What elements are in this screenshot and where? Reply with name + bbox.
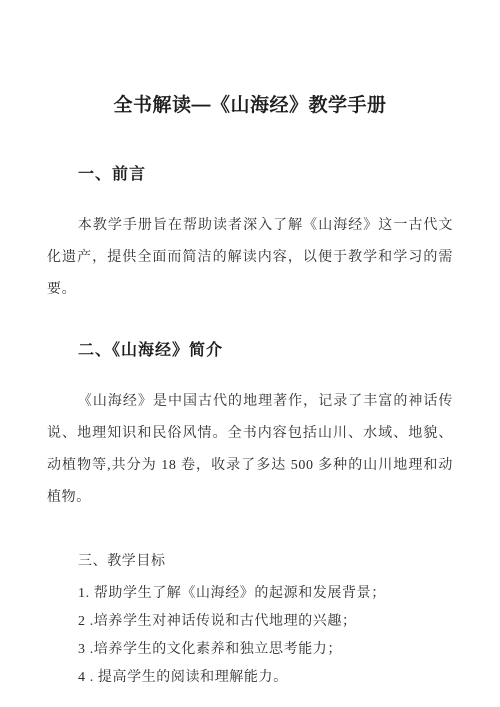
goal-item-1: 1. 帮助学生了解《山海经》的起源和发展背景； — [78, 580, 453, 608]
section-preface: 一、前言 本教学手册旨在帮助读者深入了解《山海经》这一古代文化遗产，提供全面而简… — [47, 164, 453, 306]
document-title: 全书解读—《山海经》教学手册 — [47, 92, 453, 120]
teaching-goals-list: 1. 帮助学生了解《山海经》的起源和发展背景； 2 .培养学生对神话传说和古代地… — [47, 580, 453, 692]
section-heading-teaching-goals: 三、教学目标 — [47, 552, 453, 572]
document-page: 全书解读—《山海经》教学手册 一、前言 本教学手册旨在帮助读者深入了解《山海经》… — [0, 0, 500, 707]
section-heading-preface: 一、前言 — [47, 164, 453, 186]
section-paragraph-introduction: 《山海经》是中国古代的地理著作，记录了丰富的神话传说、地理知识和民俗风情。全书内… — [47, 386, 453, 514]
goal-item-4: 4 . 提高学生的阅读和理解能力。 — [78, 664, 453, 692]
section-heading-introduction: 二、《山海经》简介 — [47, 340, 453, 362]
section-paragraph-preface: 本教学手册旨在帮助读者深入了解《山海经》这一古代文化遗产，提供全面而简洁的解读内… — [47, 210, 453, 306]
goal-item-3: 3 .培养学生的文化素养和独立思考能力； — [78, 636, 453, 664]
section-teaching-goals: 三、教学目标 1. 帮助学生了解《山海经》的起源和发展背景； 2 .培养学生对神… — [47, 552, 453, 692]
section-introduction: 二、《山海经》简介 《山海经》是中国古代的地理著作，记录了丰富的神话传说、地理知… — [47, 340, 453, 514]
goal-item-2: 2 .培养学生对神话传说和古代地理的兴趣； — [78, 608, 453, 636]
